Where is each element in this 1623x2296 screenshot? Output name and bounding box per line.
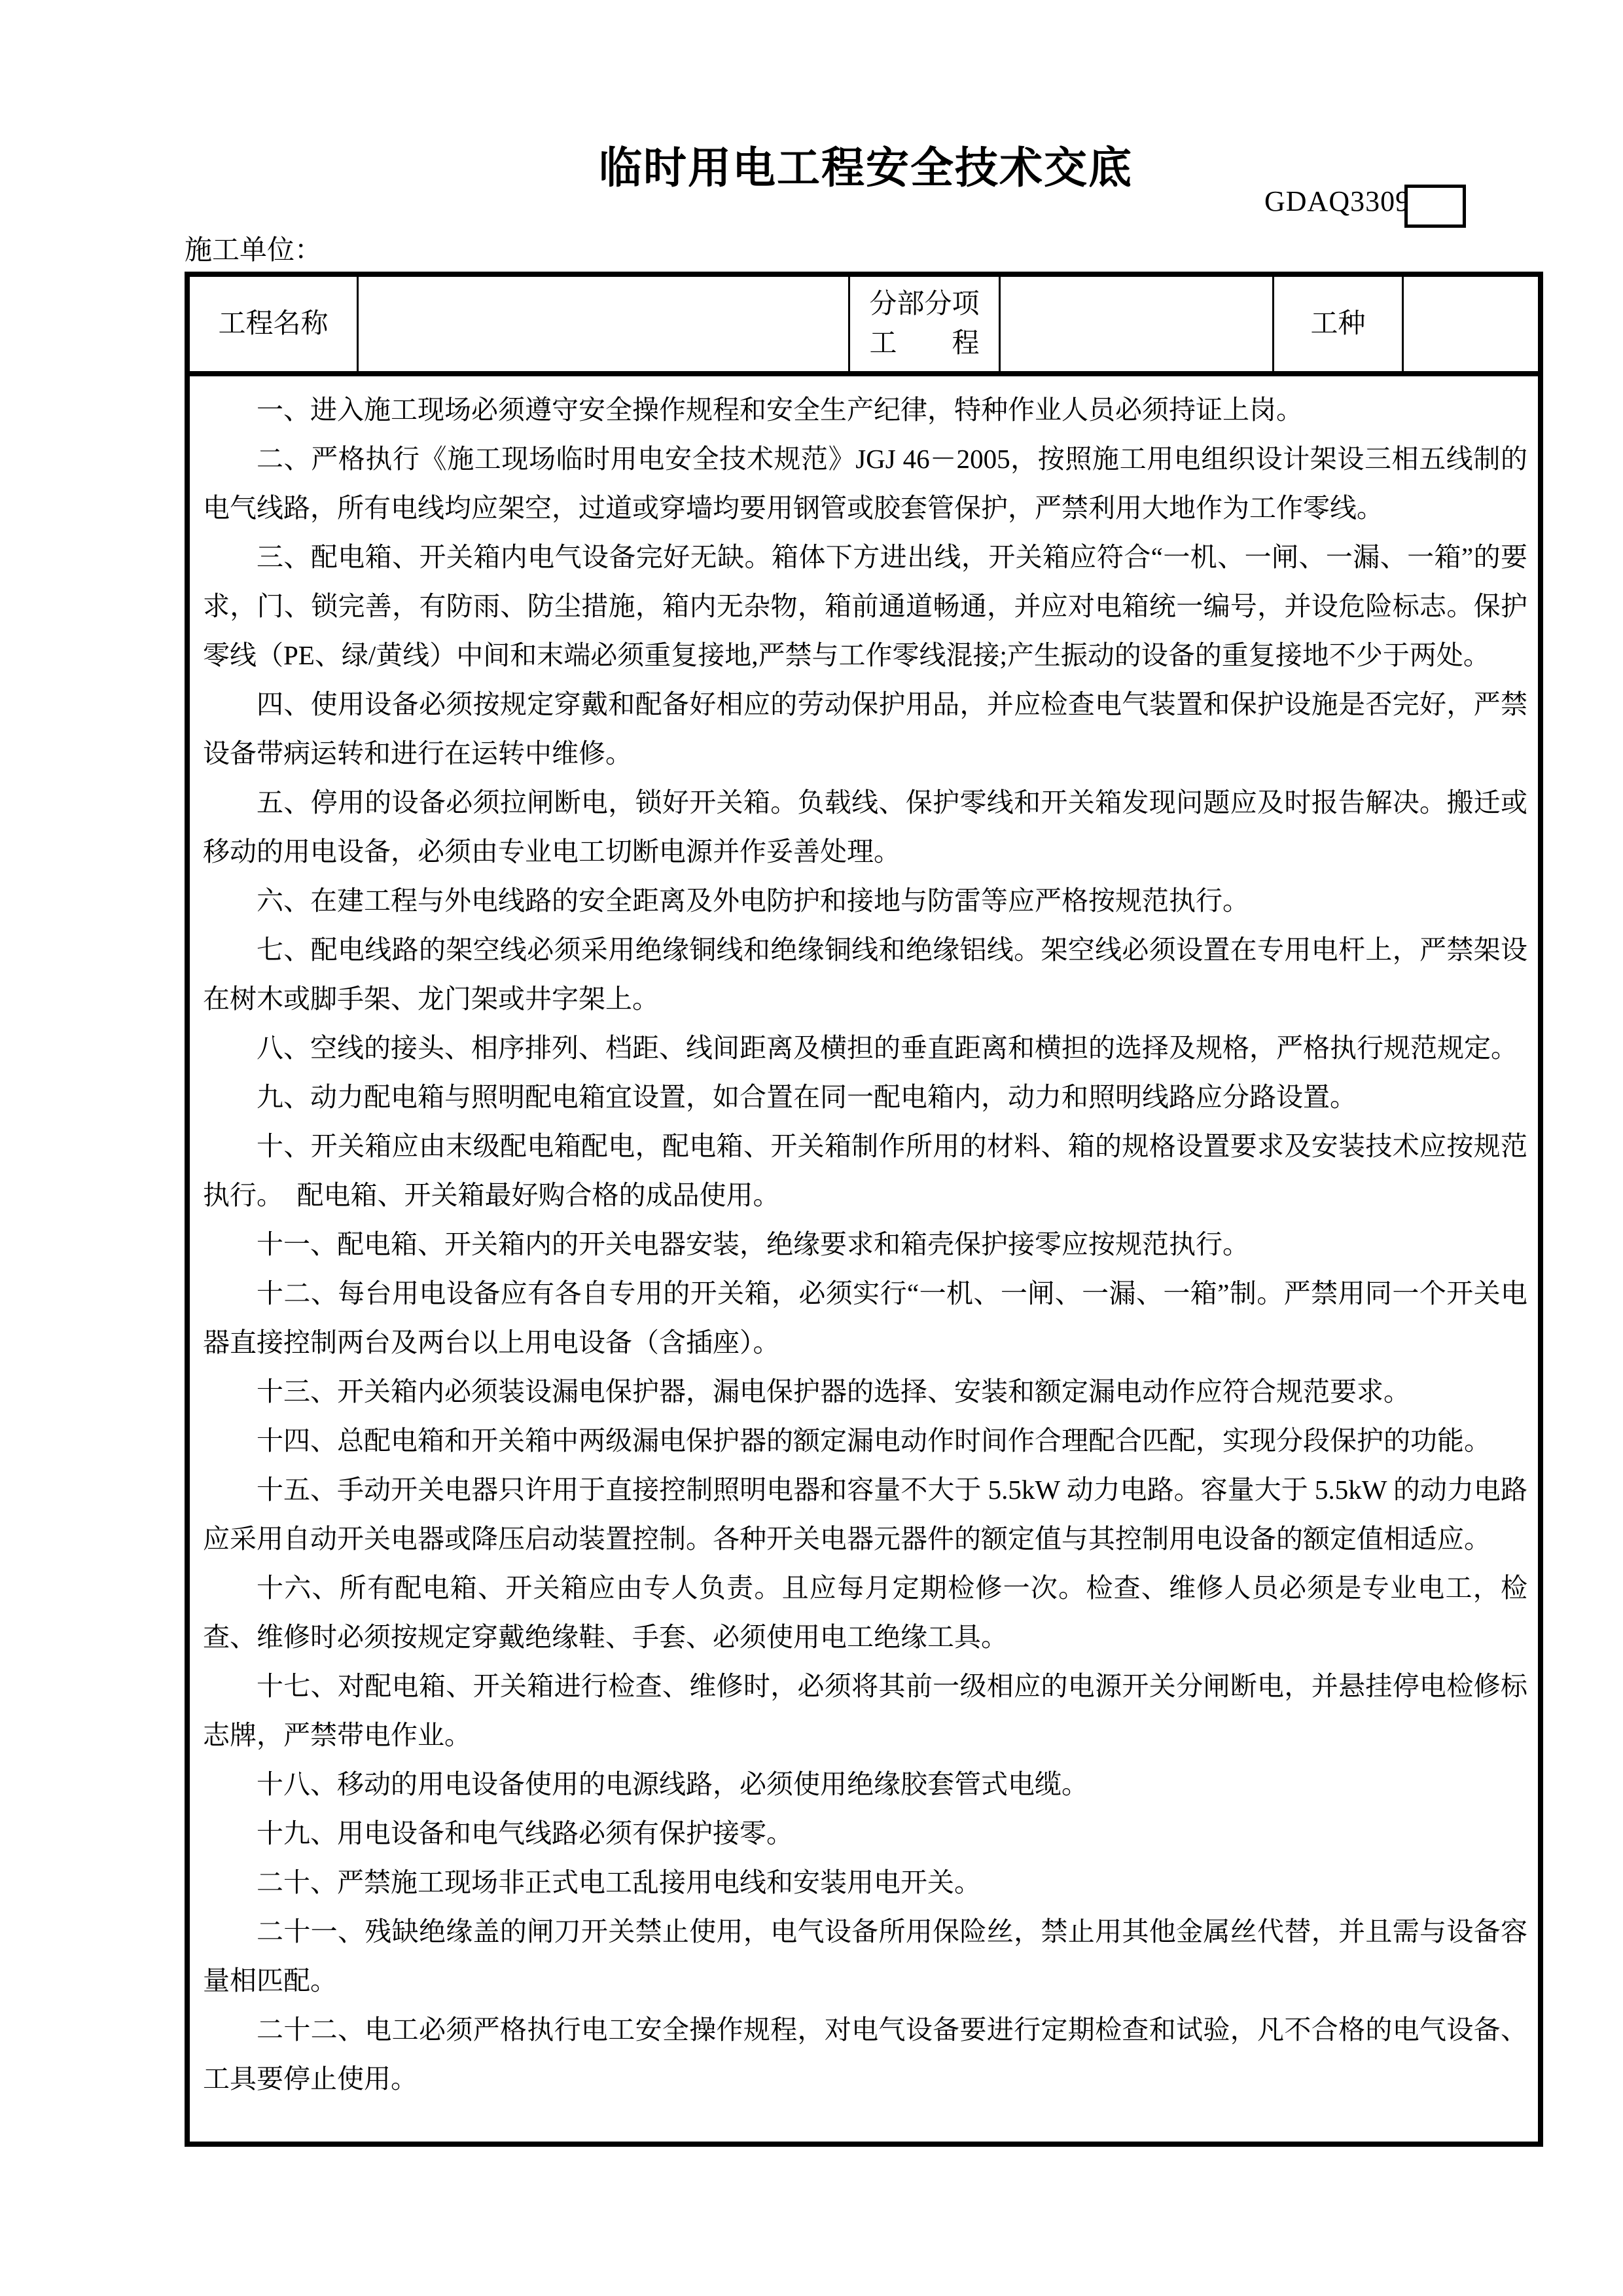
safety-item: 十三、开关箱内必须装设漏电保护器，漏电保护器的选择、安装和额定漏电动作应符合规范… [203,1367,1527,1416]
doc-code-fill-box[interactable] [1404,185,1466,228]
safety-item: 二十、严禁施工现场非正式电工乱接用电线和安装用电开关。 [203,1858,1527,1907]
safety-item: 二十一、残缺绝缘盖的闸刀开关禁止使用，电气设备所用保险丝，禁止用其他金属丝代替，… [203,1907,1527,2005]
disclosure-table: 工程名称 分部分项 工 程 工种 一、进入施工现场必须遵守安全操作规程和安全生产… [185,272,1543,2147]
safety-item: 十五、手动开关电器只许用于直接控制照明电器和容量不大于 5.5kW 动力电路。容… [203,1465,1527,1564]
safety-item: 五、停用的设备必须拉闸断电，锁好开关箱。负载线、保护零线和开关箱发现问题应及时报… [203,778,1527,876]
project-name-field[interactable] [359,277,850,371]
document-page: 临时用电工程安全技术交底 GDAQ330905 施工单位： 工程名称 分部分项 … [0,0,1623,2296]
safety-item: 十一、配电箱、开关箱内的开关电器安装，绝缘要求和箱壳保护接零应按规范执行。 [203,1220,1527,1269]
subitem-field[interactable] [1001,277,1274,371]
subitem-label-line1: 分部分项 [869,287,979,322]
construction-unit-label: 施工单位： [185,236,322,266]
safety-item: 十六、所有配电箱、开关箱应由专人负责。且应每月定期检修一次。检查、维修人员必须是… [203,1564,1527,1662]
safety-item: 十、开关箱应由末级配电箱配电，配电箱、开关箱制作所用的材料、箱的规格设置要求及安… [203,1122,1527,1220]
subitem-label-line2: 工 程 [869,326,979,361]
safety-item: 二十二、电工必须严格执行电工安全操作规程，对电气设备要进行定期检查和试验，凡不合… [203,2005,1527,2104]
table-header-row: 工程名称 分部分项 工 程 工种 [190,277,1538,376]
safety-item: 七、配电线路的架空线必须采用绝缘铜线和绝缘铜线和绝缘铝线。架空线必须设置在专用电… [203,925,1527,1024]
safety-item: 十八、移动的用电设备使用的电源线路，必须使用绝缘胶套管式电缆。 [203,1760,1527,1809]
safety-item: 十九、用电设备和电气线路必须有保护接零。 [203,1809,1527,1858]
safety-item: 二、严格执行《施工现场临时用电安全技术规范》JGJ 46－2005，按照施工用电… [203,435,1527,533]
safety-item: 十二、每台用电设备应有各自专用的开关箱，必须实行“一机、一闸、一漏、一箱”制。严… [203,1269,1527,1367]
safety-item: 十四、总配电箱和开关箱中两级漏电保护器的额定漏电动作时间作合理配合匹配，实现分段… [203,1416,1527,1465]
safety-items: 一、进入施工现场必须遵守安全操作规程和安全生产纪律，特种作业人员必须持证上岗。二… [190,376,1538,2142]
safety-item: 九、动力配电箱与照明配电箱宜设置，如合置在同一配电箱内，动力和照明线路应分路设置… [203,1073,1527,1122]
safety-item: 六、在建工程与外电线路的安全距离及外电防护和接地与防雷等应严格按规范执行。 [203,876,1527,925]
subitem-label: 分部分项 工 程 [850,277,1001,371]
safety-item: 十七、对配电箱、开关箱进行检查、维修时，必须将其前一级相应的电源开关分闸断电，并… [203,1662,1527,1760]
safety-item: 四、使用设备必须按规定穿戴和配备好相应的劳动保护用品，并应检查电气装置和保护设施… [203,680,1527,778]
safety-item: 八、空线的接头、相序排列、档距、线间距离及横担的垂直距离和横担的选择及规格，严格… [203,1024,1527,1073]
safety-item: 一、进入施工现场必须遵守安全操作规程和安全生产纪律，特种作业人员必须持证上岗。 [203,386,1527,435]
safety-item: 三、配电箱、开关箱内电气设备完好无缺。箱体下方进出线，开关箱应符合“一机、一闸、… [203,533,1527,680]
worktype-field[interactable] [1404,277,1538,371]
project-name-label: 工程名称 [190,277,359,371]
worktype-label: 工种 [1274,277,1404,371]
